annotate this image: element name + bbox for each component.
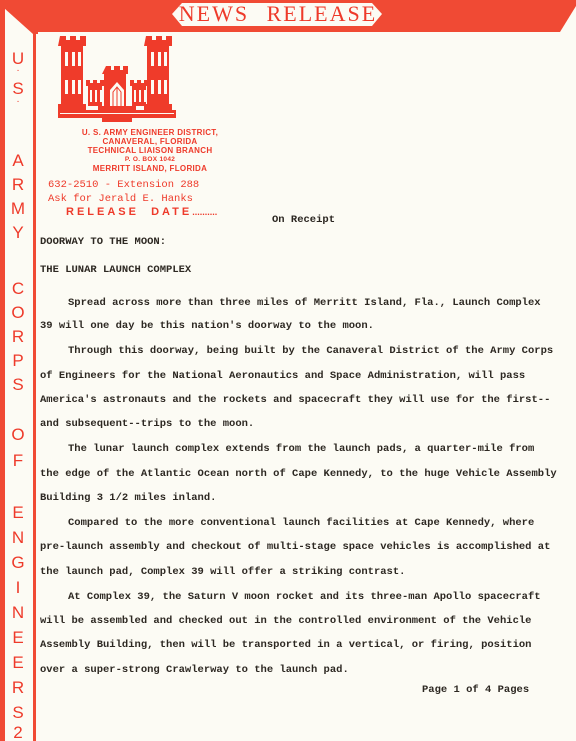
office-line: U. S. ARMY ENGINEER DISTRICT, <box>40 128 260 137</box>
news-release-banner: NEWS RELEASE <box>0 0 576 32</box>
release-date-label: RELEASE DATE.......... <box>66 206 217 218</box>
paragraph-line: America's astronauts and the rockets and… <box>40 394 550 406</box>
paragraph-line: 39 will one day be this nation's doorway… <box>40 320 374 332</box>
paragraph-line: At Complex 39, the Saturn V moon rocket … <box>40 591 541 603</box>
side-letter: Y <box>8 224 28 241</box>
release-date-value: On Receipt <box>272 214 335 226</box>
side-letter: N <box>8 529 28 546</box>
office-line: P. O. BOX 1042 <box>40 155 260 164</box>
paragraph-line: Assembly Building, then will be transpor… <box>40 639 531 651</box>
news-release-page: NEWS RELEASE U · S · A R M Y C O R P S O… <box>0 0 576 741</box>
headline: DOORWAY TO THE MOON: <box>40 236 166 248</box>
paragraph-line: Compared to the more conventional launch… <box>40 517 534 529</box>
paragraph-line: of Engineers for the National Aeronautic… <box>40 370 525 382</box>
office-line: MERRITT ISLAND, FLORIDA <box>40 164 260 173</box>
side-letter: N <box>8 604 28 621</box>
side-letter: R <box>8 679 28 696</box>
side-letter: 2 <box>8 724 28 741</box>
side-letter: A <box>8 152 28 169</box>
castle-icon <box>58 36 176 124</box>
paragraph-line: and subsequent--trips to the moon. <box>40 418 254 430</box>
side-letter: E <box>8 654 28 671</box>
side-letter: S <box>8 80 28 97</box>
paragraph-line: will be assembled and checked out in the… <box>40 615 531 627</box>
side-letter: I <box>8 579 28 596</box>
paragraph-line: The lunar launch complex extends from th… <box>40 443 534 455</box>
side-letter: S <box>8 376 28 393</box>
side-letter: · <box>8 66 28 76</box>
paragraph-line: the edge of the Atlantic Ocean north of … <box>40 468 557 480</box>
corps-side-strip: U · S · A R M Y C O R P S O F E N G I N … <box>0 0 38 741</box>
side-letter: · <box>8 97 28 107</box>
side-letter: O <box>8 304 28 321</box>
side-letter: M <box>8 200 28 217</box>
paragraph-line: Through this doorway, being built by the… <box>40 345 553 357</box>
side-letter: R <box>8 328 28 345</box>
contact-info: 632-2510 - Extension 288 Ask for Jerald … <box>48 178 199 206</box>
paragraph-line: Spread across more than three miles of M… <box>40 297 541 309</box>
banner-title: NEWS RELEASE <box>172 0 384 28</box>
office-line: TECHNICAL LIAISON BRANCH <box>40 146 260 155</box>
page-number: Page 1 of 4 Pages <box>422 684 529 696</box>
paragraph-line: over a super-strong Crawlerway to the la… <box>40 664 349 676</box>
side-letter: P <box>8 352 28 369</box>
office-line: CANAVERAL, FLORIDA <box>40 137 260 146</box>
contact-phone: 632-2510 - Extension 288 <box>48 178 199 192</box>
office-address: U. S. ARMY ENGINEER DISTRICT, CANAVERAL,… <box>40 128 260 173</box>
side-letter: S <box>8 704 28 721</box>
release-date-dots: .......... <box>192 207 217 217</box>
side-letter: R <box>8 176 28 193</box>
release-date-text: RELEASE DATE <box>66 206 192 218</box>
side-letter: E <box>8 504 28 521</box>
side-letter: C <box>8 280 28 297</box>
paragraph-line: Building 3 1/2 miles inland. <box>40 492 216 504</box>
side-letter: E <box>8 629 28 646</box>
paragraph-line: the launch pad, Complex 39 will offer a … <box>40 566 405 578</box>
contact-person: Ask for Jerald E. Hanks <box>48 192 199 206</box>
side-letter: O <box>8 426 28 443</box>
paragraph-line: pre-launch assembly and checkout of mult… <box>40 541 550 553</box>
side-letter: F <box>8 452 28 469</box>
subheadline: THE LUNAR LAUNCH COMPLEX <box>40 264 191 276</box>
side-letter: G <box>8 554 28 571</box>
